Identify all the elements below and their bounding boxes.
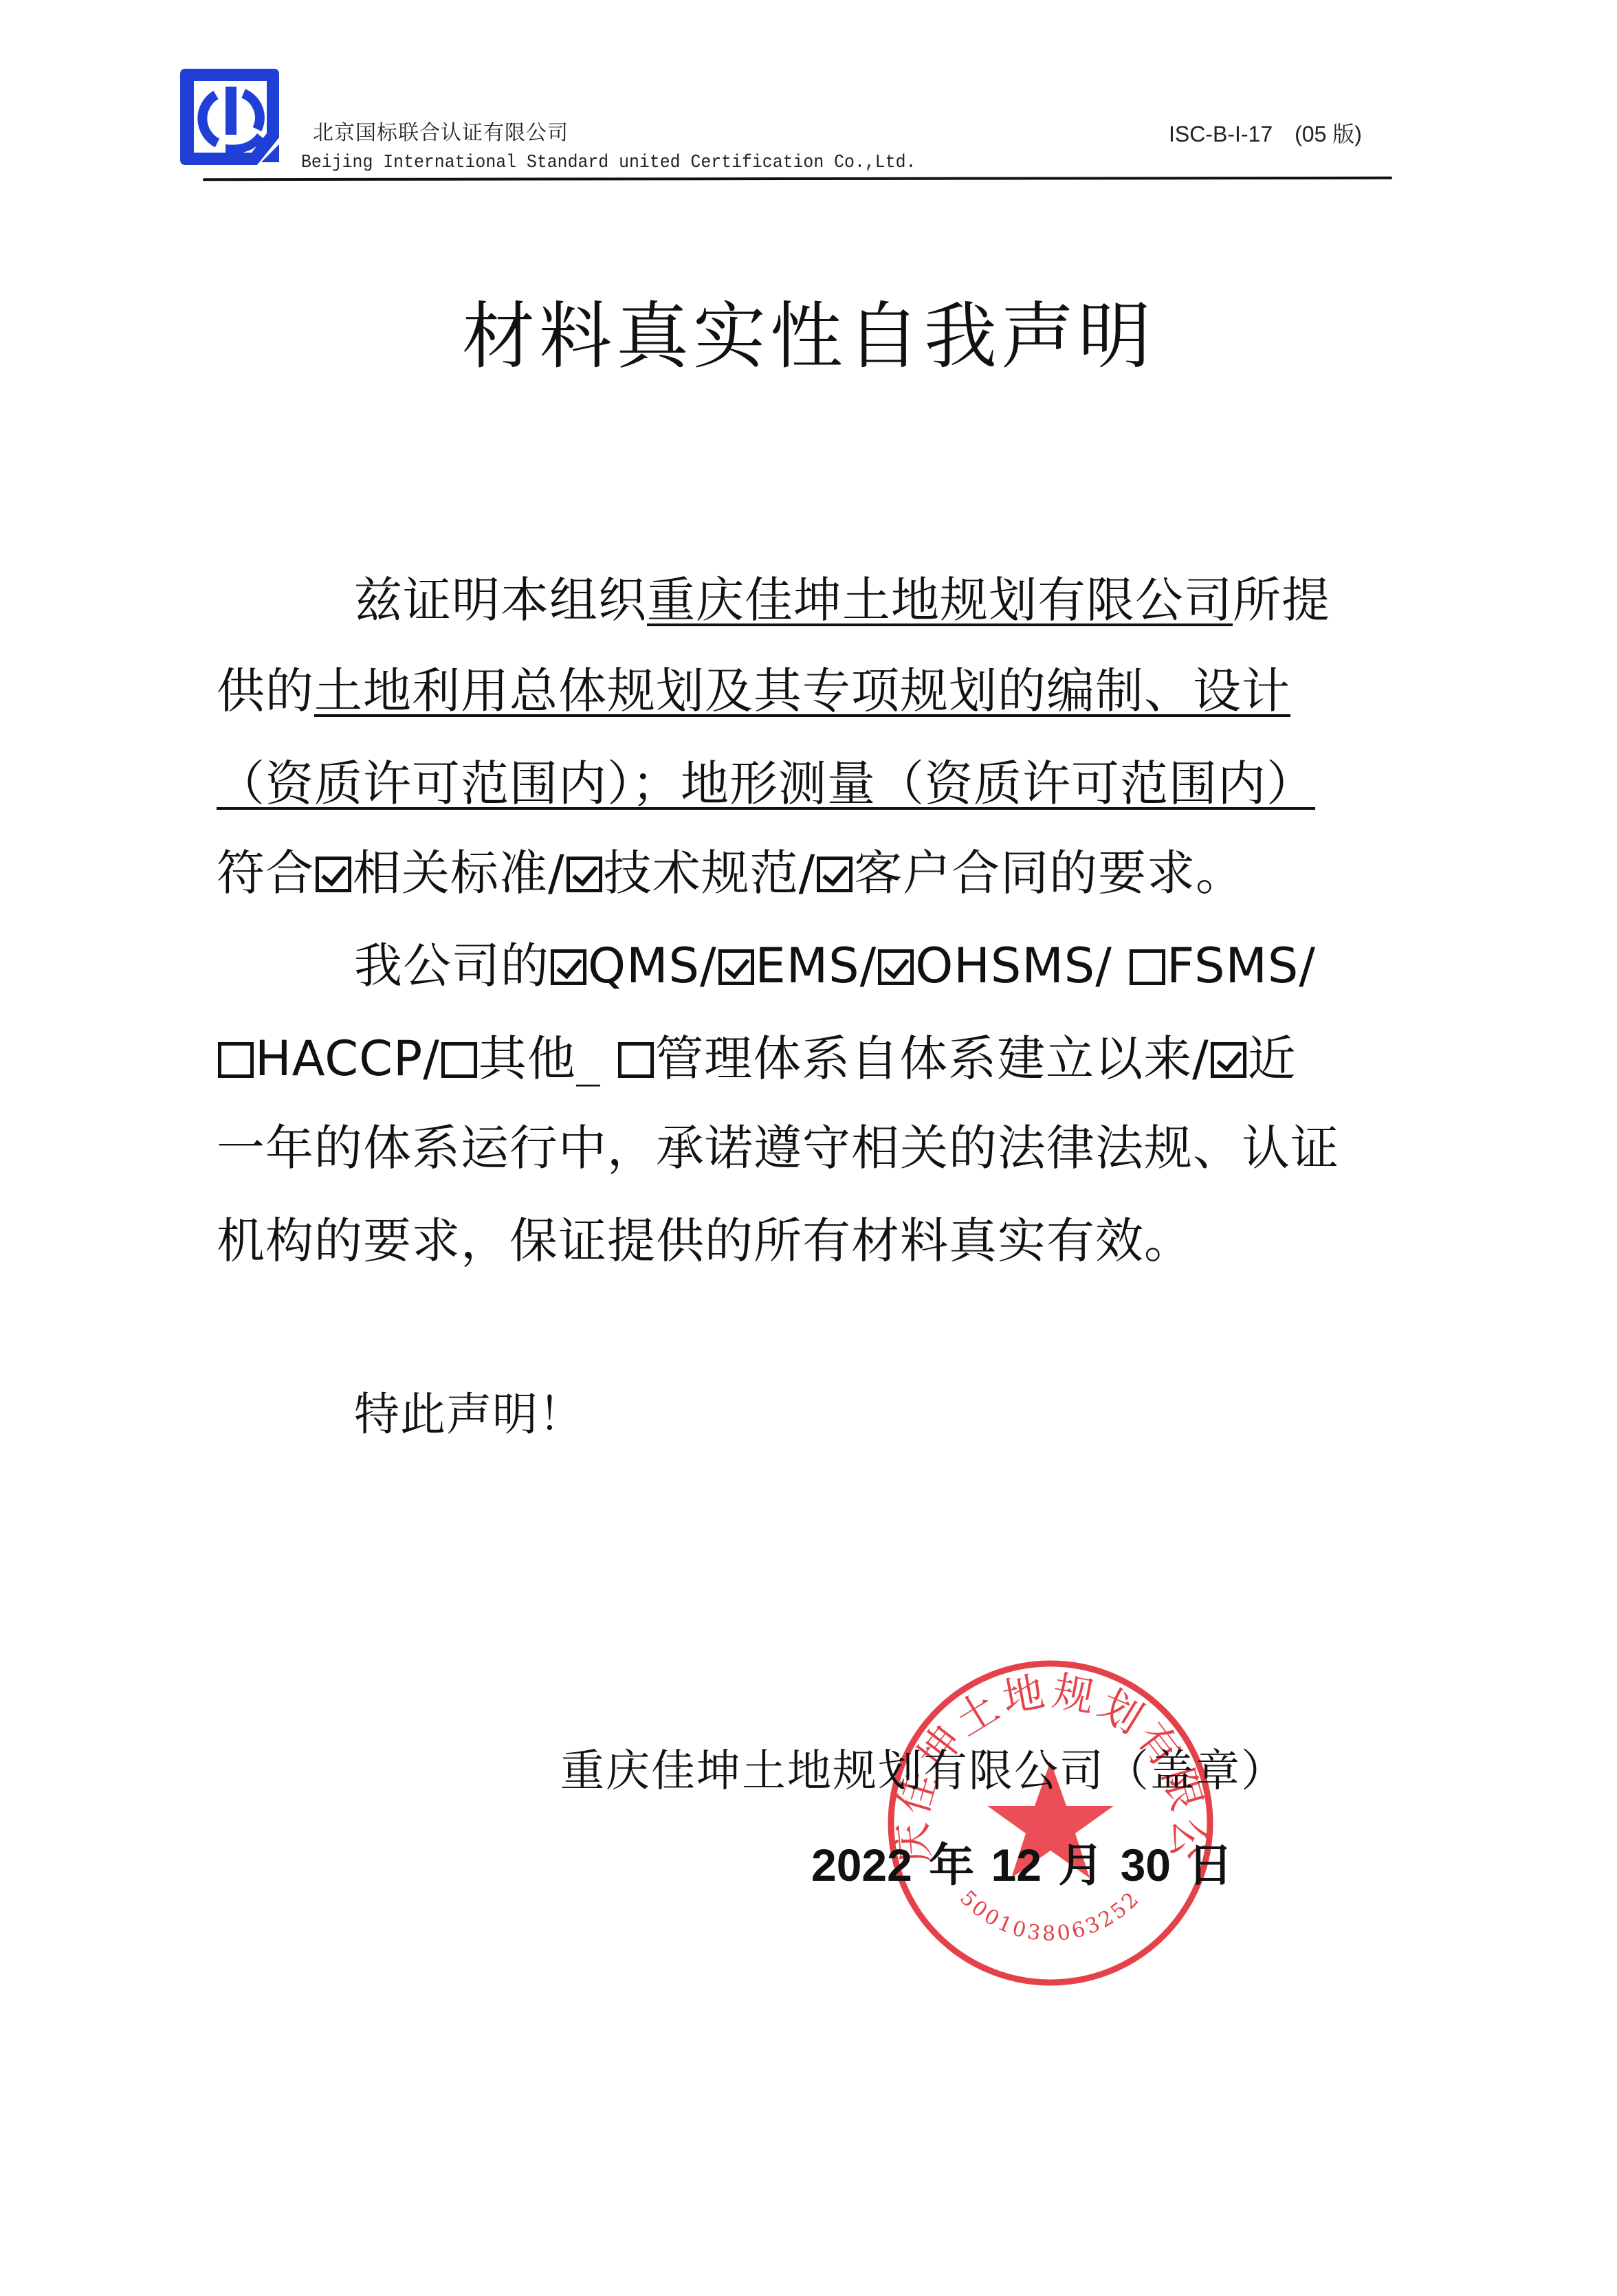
separator: / <box>1192 1030 1209 1087</box>
checkbox-other[interactable] <box>441 1042 477 1078</box>
label-haccp: HACCP <box>255 1030 423 1087</box>
document-code: ISC-B-I-17 (05 版) <box>1169 117 1362 148</box>
label-qms: QMS <box>588 938 700 994</box>
isc-logo-icon <box>176 62 286 172</box>
label-other: 其他_ <box>478 1030 601 1087</box>
svg-text:5001038063252: 5001038063252 <box>955 1886 1145 1945</box>
checkbox-recent-year[interactable] <box>1211 1042 1246 1078</box>
statement-line-8: 机构的要求，保证提供的所有材料真实有效。 <box>217 1217 1193 1265</box>
statement-line-5: 我公司的QMS/EMS/OHSMS/ FSMS/ <box>354 942 1316 990</box>
checkbox-haccp[interactable] <box>218 1042 254 1078</box>
certification-scope-2: （资质许可范围内）；地形测量（资质许可范围内） <box>217 755 1315 812</box>
issuer-name-cn: 北京国标联合认证有限公司 <box>313 115 569 146</box>
separator: / <box>548 845 565 901</box>
checkbox-customer-contract[interactable] <box>817 857 852 892</box>
checkbox-since-established[interactable] <box>618 1042 654 1078</box>
checkbox-technical-specs[interactable] <box>566 857 602 892</box>
company-seal-stamp: 重庆佳坤土地规划有限公司 5001038063252 <box>883 1658 1218 1988</box>
checkbox-related-standards[interactable] <box>316 857 351 892</box>
label-ems: EMS <box>756 938 860 994</box>
statement-text: 符合 <box>217 845 314 901</box>
checkbox-fsms[interactable] <box>1130 949 1165 985</box>
label-ohsms: OHSMS <box>915 938 1095 994</box>
label-customer-contract: 客户合同的要求。 <box>854 845 1244 901</box>
checkbox-qms[interactable] <box>551 949 586 985</box>
statement-line-3: （资质许可范围内）；地形测量（资质许可范围内） <box>217 760 1315 808</box>
separator: / <box>799 845 816 901</box>
header-divider <box>203 177 1392 181</box>
label-related-standards: 相关标准 <box>353 845 548 901</box>
separator: / <box>1095 938 1112 994</box>
closing-statement: 特此声明！ <box>354 1392 584 1437</box>
signature-date: 2022 年 12 月 30 日 <box>811 1829 1233 1894</box>
statement-line-6: HACCP/其他_ 管理体系自体系建立以来/近 <box>217 1035 1297 1083</box>
organization-name: 重庆佳坤土地规划有限公司 <box>647 572 1233 628</box>
statement-line-7: 一年的体系运行中，承诺遵守相关的法律法规、认证 <box>217 1124 1339 1172</box>
checkbox-ohsms[interactable] <box>878 949 914 985</box>
label-technical-specs: 技术规范 <box>604 845 799 901</box>
label-fsms: FSMS <box>1167 938 1299 994</box>
separator: / <box>860 938 877 994</box>
separator: / <box>700 938 717 994</box>
statement-line-1: 兹证明本组织重庆佳坤土地规划有限公司所提 <box>354 576 1330 624</box>
separator: / <box>423 1030 440 1087</box>
issuer-name-en: Beijing International Standard united Ce… <box>301 153 916 173</box>
stamp-number: 5001038063252 <box>955 1886 1145 1945</box>
statement-text: 供的 <box>217 663 314 719</box>
statement-text: 兹证明本组织 <box>354 572 647 628</box>
label-since-established: 管理体系自体系建立以来 <box>655 1030 1192 1087</box>
certification-scope-1: 土地利用总体规划及其专项规划的编制、设计 <box>314 663 1290 719</box>
statement-line-4: 符合相关标准/技术规范/客户合同的要求。 <box>217 849 1244 897</box>
statement-text: 我公司的 <box>354 938 549 994</box>
signatory-company: 重庆佳坤土地规划有限公司（盖章） <box>560 1736 1286 1799</box>
statement-line-2: 供的土地利用总体规划及其专项规划的编制、设计 <box>217 667 1290 715</box>
label-recent-year: 近 <box>1248 1030 1297 1087</box>
statement-text: 所提 <box>1233 572 1330 628</box>
separator: / <box>1299 938 1316 994</box>
checkbox-ems[interactable] <box>718 949 754 985</box>
page-title: 材料真实性自我声明 <box>0 278 1617 383</box>
